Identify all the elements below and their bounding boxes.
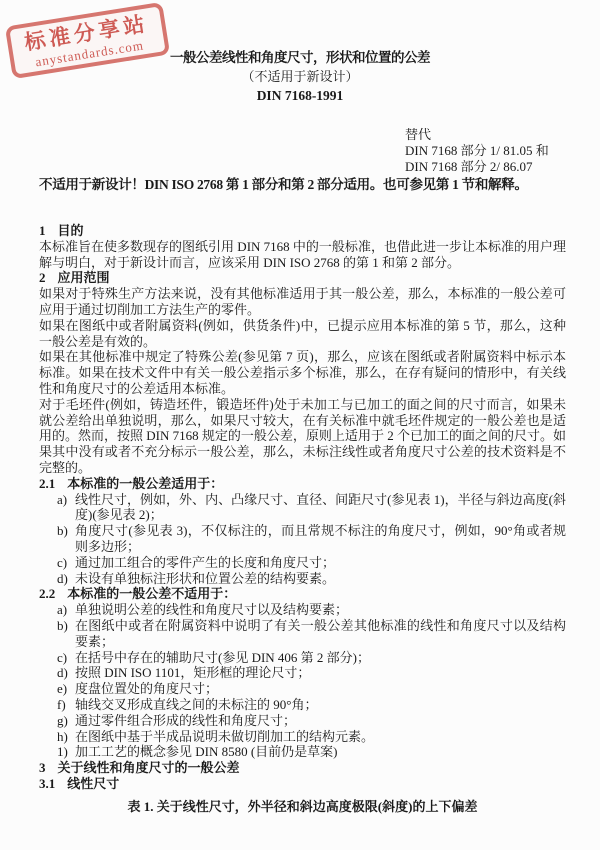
list-text: 通过加工组合的零件产生的长度和角度尺寸； xyxy=(75,555,566,571)
section-2-2-heading: 2.2本标准的一般公差不适用于： xyxy=(39,586,566,602)
section-title: 本标准的一般公差适用于： xyxy=(67,476,223,491)
list-marker: b) xyxy=(57,523,75,555)
list-marker: b) xyxy=(57,618,75,650)
list-item: f) 轴线交叉形成直线之间的未标注的 90°角； xyxy=(57,697,566,713)
page-subtitle: （不适用于新设计） xyxy=(0,67,600,86)
list-text: 在图纸中或者在附属资料中说明了有关一般公差其他标准的线性和角度尺寸以及结构要素； xyxy=(75,618,566,650)
section-number: 2.2 xyxy=(39,586,55,602)
list-marker: a) xyxy=(57,602,75,618)
replaces-line-2: DIN 7168 部分 2/ 86.07 xyxy=(405,159,600,175)
footnote: 1) 加工工艺的概念参见 DIN 8580 (目前仍是草案) xyxy=(57,744,566,760)
list-marker: h) xyxy=(57,729,75,745)
footnote-marker: 1) xyxy=(57,744,75,760)
list-item: a) 线性尺寸，例如，外、内、凸缘尺寸、直径、间距尺寸(参见表 1)，半径与斜边… xyxy=(57,492,566,524)
table-1-caption: 表 1. 关于线性尺寸，外半径和斜边高度极限(斜度)的上下偏差 xyxy=(39,799,566,815)
paragraph: 本标准旨在使多数现存的图纸引用 DIN 7168 中的一般标准，也借此进一步让本… xyxy=(39,239,566,271)
section-number: 1 xyxy=(39,223,46,239)
footnote-text: 加工工艺的概念参见 DIN 8580 (目前仍是草案) xyxy=(75,744,566,760)
section-1-heading: 1目的 xyxy=(39,223,566,239)
list-item: d) 未设有单独标注形状和位置公差的结构要素。 xyxy=(57,571,566,587)
list-text: 在图纸中基于半成品说明未做切削加工的结构元素。 xyxy=(75,729,566,745)
section-3-heading: 3关于线性和角度尺寸的一般公差 xyxy=(39,760,566,776)
list-item: b) 角度尺寸(参见表 3)，不仅标注的，而且常规不标注的角度尺寸，例如，90°… xyxy=(57,523,566,555)
list-marker: e) xyxy=(57,681,75,697)
list-item: e) 度盘位置处的角度尺寸； xyxy=(57,681,566,697)
list-text: 未设有单独标注形状和位置公差的结构要素。 xyxy=(75,571,566,587)
section-title: 应用范围 xyxy=(58,270,110,285)
replaces-line-1: DIN 7168 部分 1/ 81.05 和 xyxy=(405,143,600,159)
list-text: 线性尺寸，例如，外、内、凸缘尺寸、直径、间距尺寸(参见表 1)，半径与斜边高度(… xyxy=(75,492,566,524)
list-item: g) 通过零件组合形成的线性和角度尺寸； xyxy=(57,713,566,729)
section-number: 2 xyxy=(39,270,46,286)
list-marker: c) xyxy=(57,650,75,666)
list-marker: d) xyxy=(57,665,75,681)
list-text: 角度尺寸(参见表 3)，不仅标注的，而且常规不标注的角度尺寸，例如，90°角或者… xyxy=(75,523,566,555)
section-number: 3 xyxy=(39,760,46,776)
list-item: b) 在图纸中或者在附属资料中说明了有关一般公差其他标准的线性和角度尺寸以及结构… xyxy=(57,618,566,650)
doc-number: DIN 7168-1991 xyxy=(0,86,600,105)
section-title: 目的 xyxy=(58,223,84,238)
notice-text: 不适用于新设计！DIN ISO 2768 第 1 部分和第 2 部分适用。也可参… xyxy=(39,176,566,193)
list-marker: c) xyxy=(57,555,75,571)
list-item: h) 在图纸中基于半成品说明未做切削加工的结构元素。 xyxy=(57,729,566,745)
section-2-heading: 2应用范围 xyxy=(39,270,566,286)
replaces-block: 替代 DIN 7168 部分 1/ 81.05 和 DIN 7168 部分 2/… xyxy=(405,127,600,175)
list-text: 在括号中存在的辅助尺寸(参见 DIN 406 第 2 部分)； xyxy=(75,650,566,666)
list-item: c) 在括号中存在的辅助尺寸(参见 DIN 406 第 2 部分)； xyxy=(57,650,566,666)
section-number: 3.1 xyxy=(39,776,55,792)
list-text: 按照 DIN ISO 1101，矩形框的理论尺寸； xyxy=(75,665,566,681)
applicable-list: a) 线性尺寸，例如，外、内、凸缘尺寸、直径、间距尺寸(参见表 1)，半径与斜边… xyxy=(57,492,566,587)
section-title: 本标准的一般公差不适用于： xyxy=(67,586,236,601)
paragraph: 如果在图纸中或者附属资料(例如，供货条件)中，已提示应用本标准的第 5 节，那么… xyxy=(39,318,566,350)
list-marker: g) xyxy=(57,713,75,729)
document-page: 标准分享站 anystandards.com 一般公差线性和角度尺寸，形状和位置… xyxy=(0,0,600,850)
list-text: 单独说明公差的线性和角度尺寸以及结构要素； xyxy=(75,602,566,618)
paragraph: 如果在其他标准中规定了特殊公差(参见第 7 页)，那么，应该在图纸或者附属资料中… xyxy=(39,349,566,396)
list-text: 轴线交叉形成直线之间的未标注的 90°角； xyxy=(75,697,566,713)
list-item: a) 单独说明公差的线性和角度尺寸以及结构要素； xyxy=(57,602,566,618)
list-item: c) 通过加工组合的零件产生的长度和角度尺寸； xyxy=(57,555,566,571)
list-text: 通过零件组合形成的线性和角度尺寸； xyxy=(75,713,566,729)
section-title: 线性尺寸 xyxy=(67,776,119,791)
paragraph: 如果对于特殊生产方法来说，没有其他标准适用于其一般公差，那么，本标准的一般公差可… xyxy=(39,286,566,318)
list-marker: f) xyxy=(57,697,75,713)
section-3-1-heading: 3.1线性尺寸 xyxy=(39,776,566,792)
section-2-1-heading: 2.1本标准的一般公差适用于： xyxy=(39,476,566,492)
document-body: 1目的 本标准旨在使多数现存的图纸引用 DIN 7168 中的一般标准，也借此进… xyxy=(39,223,566,814)
list-item: d) 按照 DIN ISO 1101，矩形框的理论尺寸； xyxy=(57,665,566,681)
list-marker: a) xyxy=(57,492,75,524)
section-title: 关于线性和角度尺寸的一般公差 xyxy=(58,760,240,775)
list-text: 度盘位置处的角度尺寸； xyxy=(75,681,566,697)
replaces-label: 替代 xyxy=(405,127,600,143)
list-marker: d) xyxy=(57,571,75,587)
section-number: 2.1 xyxy=(39,476,55,492)
not-applicable-list: a) 单独说明公差的线性和角度尺寸以及结构要素； b) 在图纸中或者在附属资料中… xyxy=(57,602,566,744)
paragraph: 对于毛坯件(例如，铸造坯件，锻造坯件)处于未加工与已加工的面之间的尺寸而言，如果… xyxy=(39,397,566,476)
